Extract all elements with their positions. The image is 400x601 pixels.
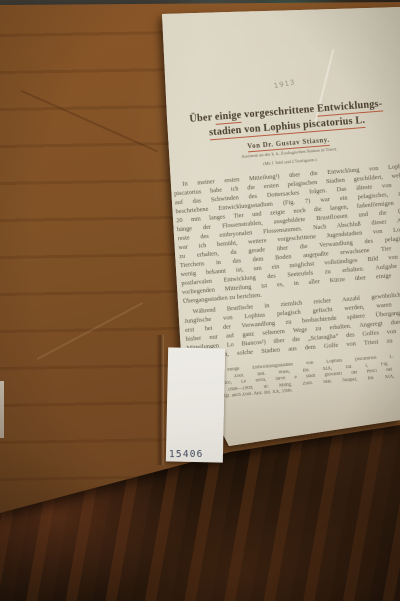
inventory-sticker: 15406 [166,347,225,462]
inventory-number: 15406 [169,449,221,460]
offprint-paper-wrap: 1913 Über einige vorgeschrittene Entwick… [0,0,400,601]
left-edge-paper-sliver [0,381,4,438]
title-word: Über [189,112,212,125]
paper-content: 1913 Über einige vorgeschrittene Entwick… [160,0,400,404]
photo-scene: 1913 Über einige vorgeschrittene Entwick… [0,0,400,601]
offprint-paper: 1913 Über einige vorgeschrittene Entwick… [0,0,400,601]
pencil-year-note: 1913 [273,78,296,90]
body-paragraph-1: In meiner ersten Mitteilung¹) über die E… [173,162,400,307]
